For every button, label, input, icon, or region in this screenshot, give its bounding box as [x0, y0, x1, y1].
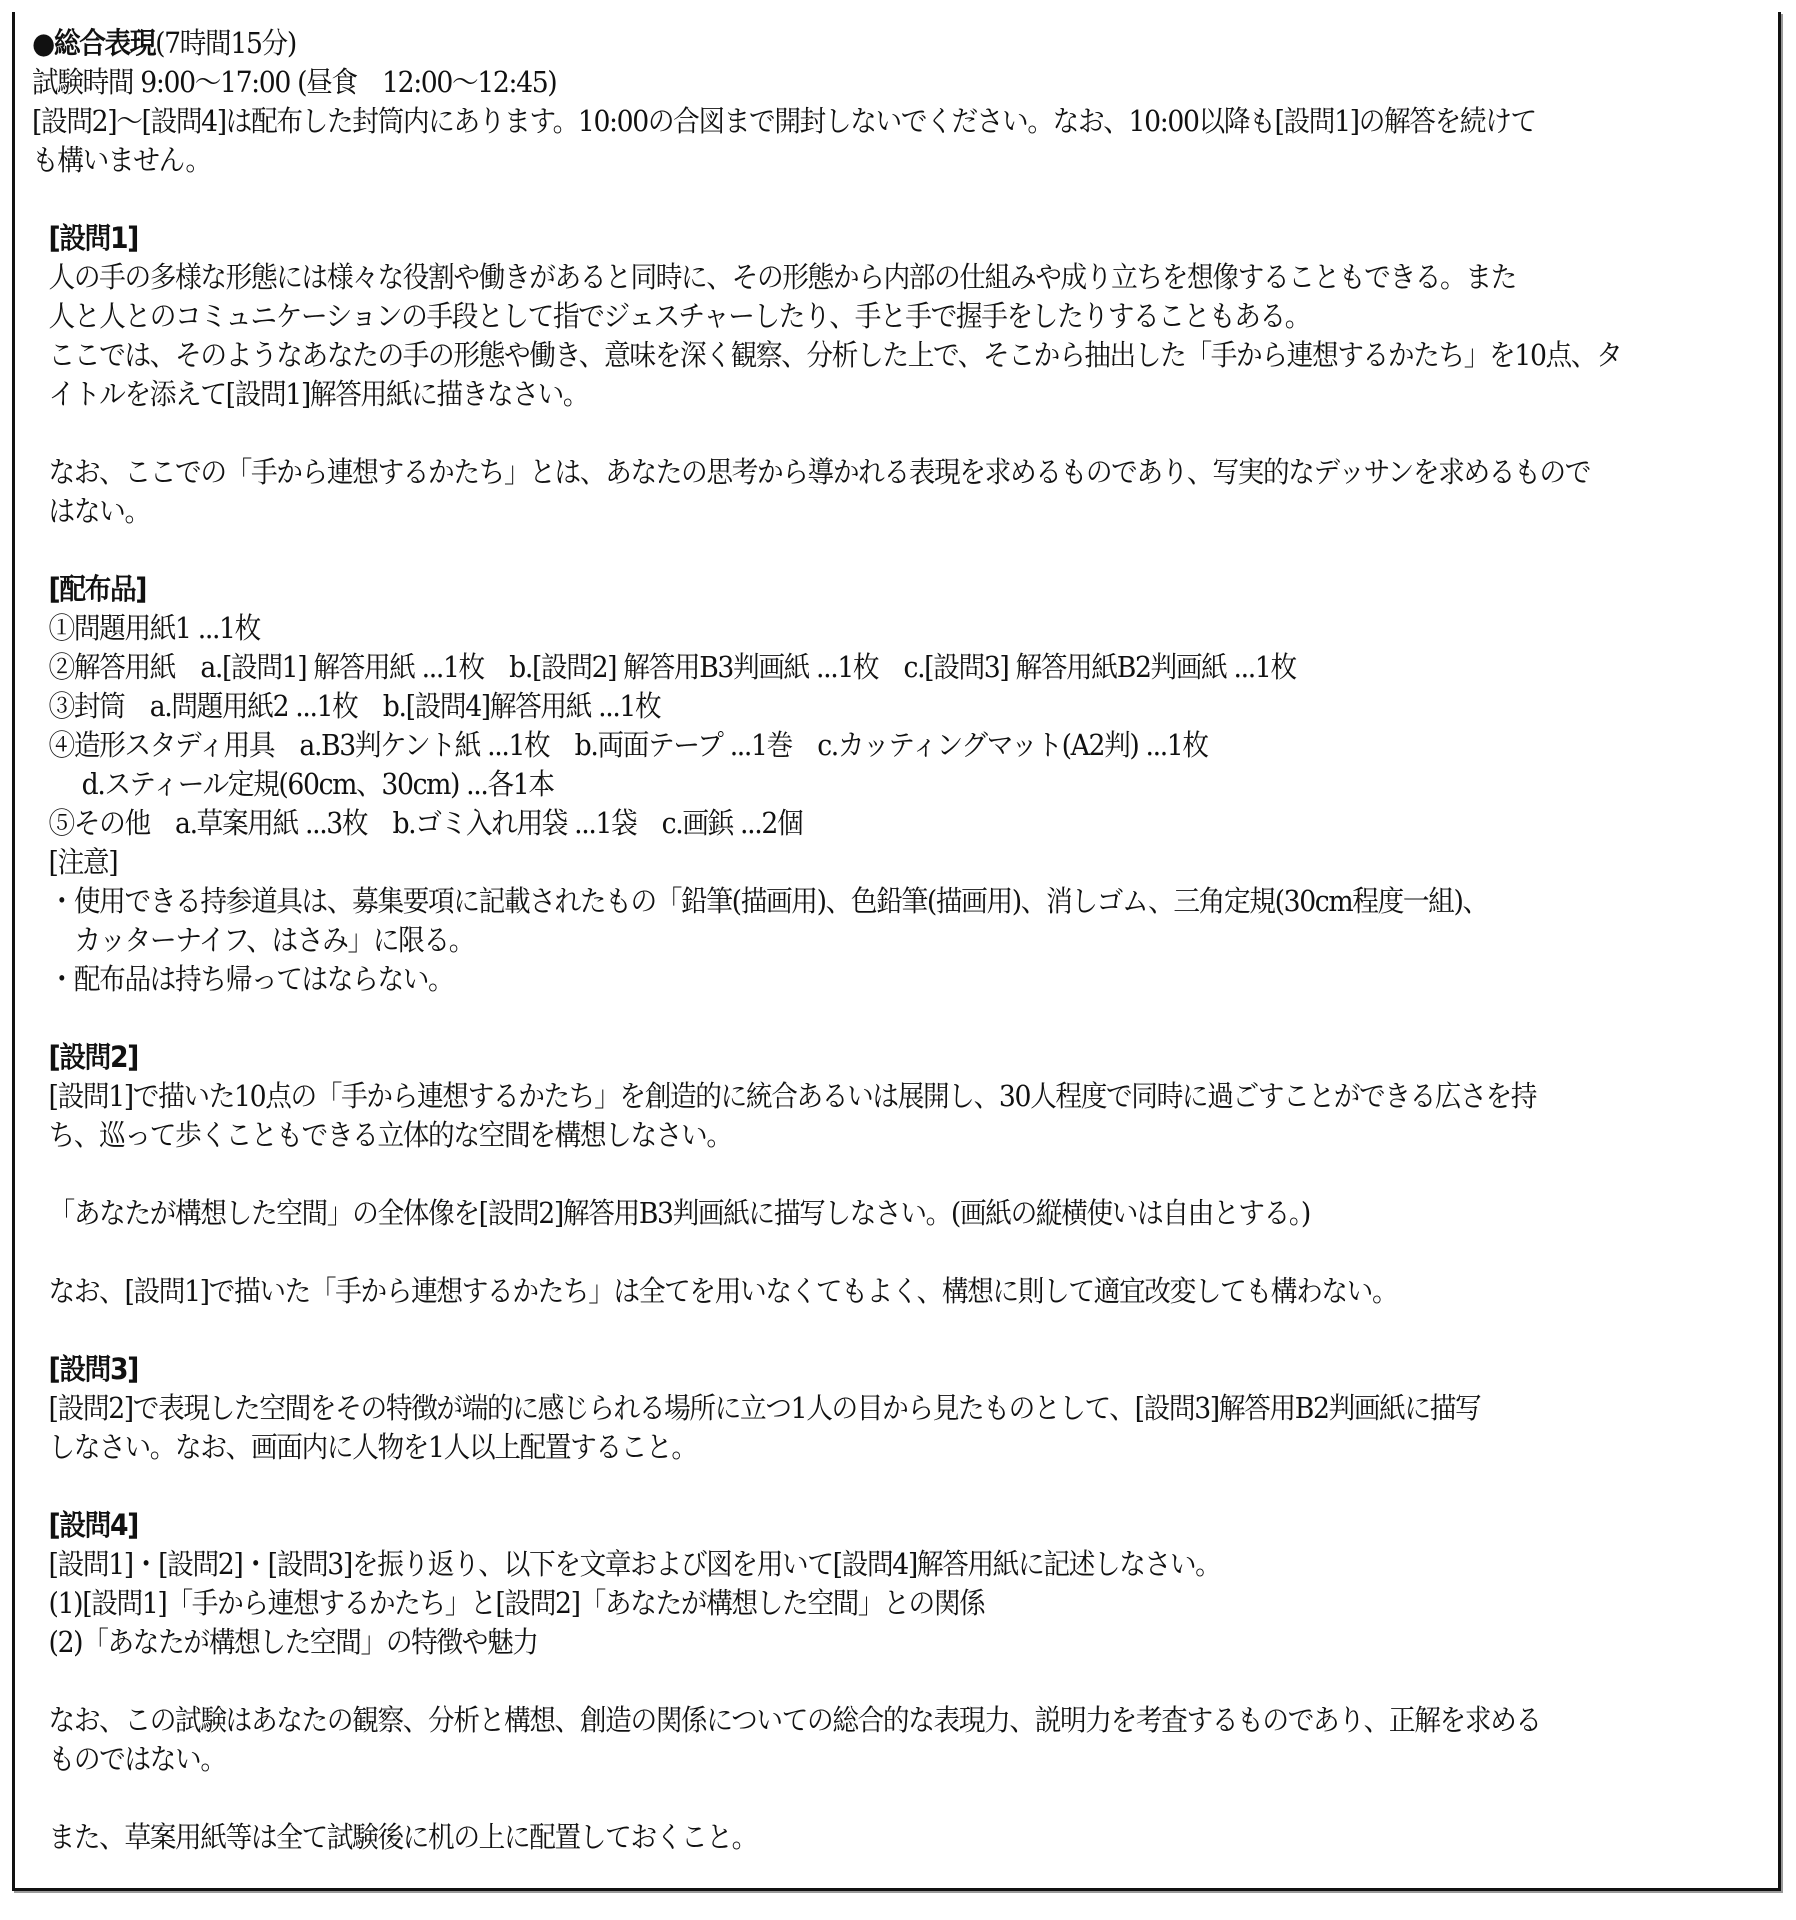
bullet-icon: ● [32, 26, 54, 60]
q4-note-line: なお、この試験はあなたの観察、分析と構想、創造の関係についての総合的な表現力、説… [32, 1701, 1624, 1740]
notice-line: も構いません。 [32, 141, 1624, 180]
q4-intro: [設問1]・[設問2]・[設問3]を振り返り、以下を文章および図を用いて[設問4… [32, 1545, 1624, 1584]
q1-text-line: イトルを添えて[設問1]解答用紙に描きなさい。 [32, 375, 1624, 414]
q3-text-line: [設問2]で表現した空間をその特徴が端的に感じられる場所に立つ1人の目から見たも… [32, 1389, 1624, 1428]
materials-item: ④造形スタディ用具 a.B3判ケント紙 ...1枚 b.両面テープ ...1巻 … [32, 726, 1624, 765]
q2-heading: [設問2] [32, 1038, 1624, 1077]
materials-item: d.スティール定規(60cm、30cm) ...各1本 [32, 765, 1624, 804]
q1-text-line: 人と人とのコミュニケーションの手段として指でジェスチャーしたり、手と手で握手をし… [32, 297, 1624, 336]
caution-heading: [注意] [32, 843, 1624, 882]
q1-text-line: 人の手の多様な形態には様々な役割や働きがあると同時に、その形態から内部の仕組みや… [32, 258, 1624, 297]
title-duration: (7時間15分) [155, 26, 296, 60]
q4-heading: [設問4] [32, 1506, 1624, 1545]
materials-item: ⑤その他 a.草案用紙 ...3枚 b.ゴミ入れ用袋 ...1袋 c.画鋲 ..… [32, 804, 1624, 843]
exam-document: ●総合表現(7時間15分) 試験時間 9:00〜17:00 (昼食 12:00〜… [32, 24, 1624, 1857]
materials-item: ②解答用紙 a.[設問1] 解答用紙 ...1枚 b.[設問2] 解答用B3判画… [32, 648, 1624, 687]
q4-note-line: ものではない。 [32, 1740, 1624, 1779]
q2-text-line: [設問1]で描いた10点の「手から連想するかたち」を創造的に統合あるいは展開し、… [32, 1077, 1624, 1116]
caution-item: ・使用できる持参道具は、募集要項に記載されたもの「鉛筆(描画用)、色鉛筆(描画用… [32, 882, 1624, 921]
q4-item: (1)[設問1]「手から連想するかたち」と[設問2]「あなたが構想した空間」との… [32, 1584, 1624, 1623]
materials-item: ①問題用紙1 ...1枚 [32, 609, 1624, 648]
title-text: 総合表現 [54, 26, 155, 60]
q1-text-line: ここでは、そのようなあなたの手の形態や働き、意味を深く観察、分析した上で、そこか… [32, 336, 1624, 375]
document-title: ●総合表現(7時間15分) [32, 24, 1624, 63]
q4-item: (2)「あなたが構想した空間」の特徴や魅力 [32, 1623, 1624, 1662]
q2-note: なお、[設問1]で描いた「手から連想するかたち」は全てを用いなくてもよく、構想に… [32, 1272, 1624, 1311]
q4-final: また、草案用紙等は全て試験後に机の上に配置しておくこと。 [32, 1818, 1624, 1857]
materials-item: ③封筒 a.問題用紙2 ...1枚 b.[設問4]解答用紙 ...1枚 [32, 687, 1624, 726]
caution-item: カッターナイフ、はさみ」に限る。 [32, 921, 1624, 960]
q2-instruction: 「あなたが構想した空間」の全体像を[設問2]解答用B3判画紙に描写しなさい。(画… [32, 1194, 1624, 1233]
q1-note-line: なお、ここでの「手から連想するかたち」とは、あなたの思考から導かれる表現を求める… [32, 453, 1624, 492]
notice-line: [設問2]〜[設問4]は配布した封筒内にあります。10:00の合図まで開封しない… [32, 102, 1624, 141]
exam-time: 試験時間 9:00〜17:00 (昼食 12:00〜12:45) [32, 63, 1624, 102]
q1-note-line: はない。 [32, 492, 1624, 531]
q2-text-line: ち、巡って歩くこともできる立体的な空間を構想しなさい。 [32, 1116, 1624, 1155]
caution-item: ・配布品は持ち帰ってはならない。 [32, 960, 1624, 999]
q1-heading: [設問1] [32, 219, 1624, 258]
q3-heading: [設問3] [32, 1350, 1624, 1389]
materials-heading: [配布品] [32, 570, 1624, 609]
q3-text-line: しなさい。なお、画面内に人物を1人以上配置すること。 [32, 1428, 1624, 1467]
